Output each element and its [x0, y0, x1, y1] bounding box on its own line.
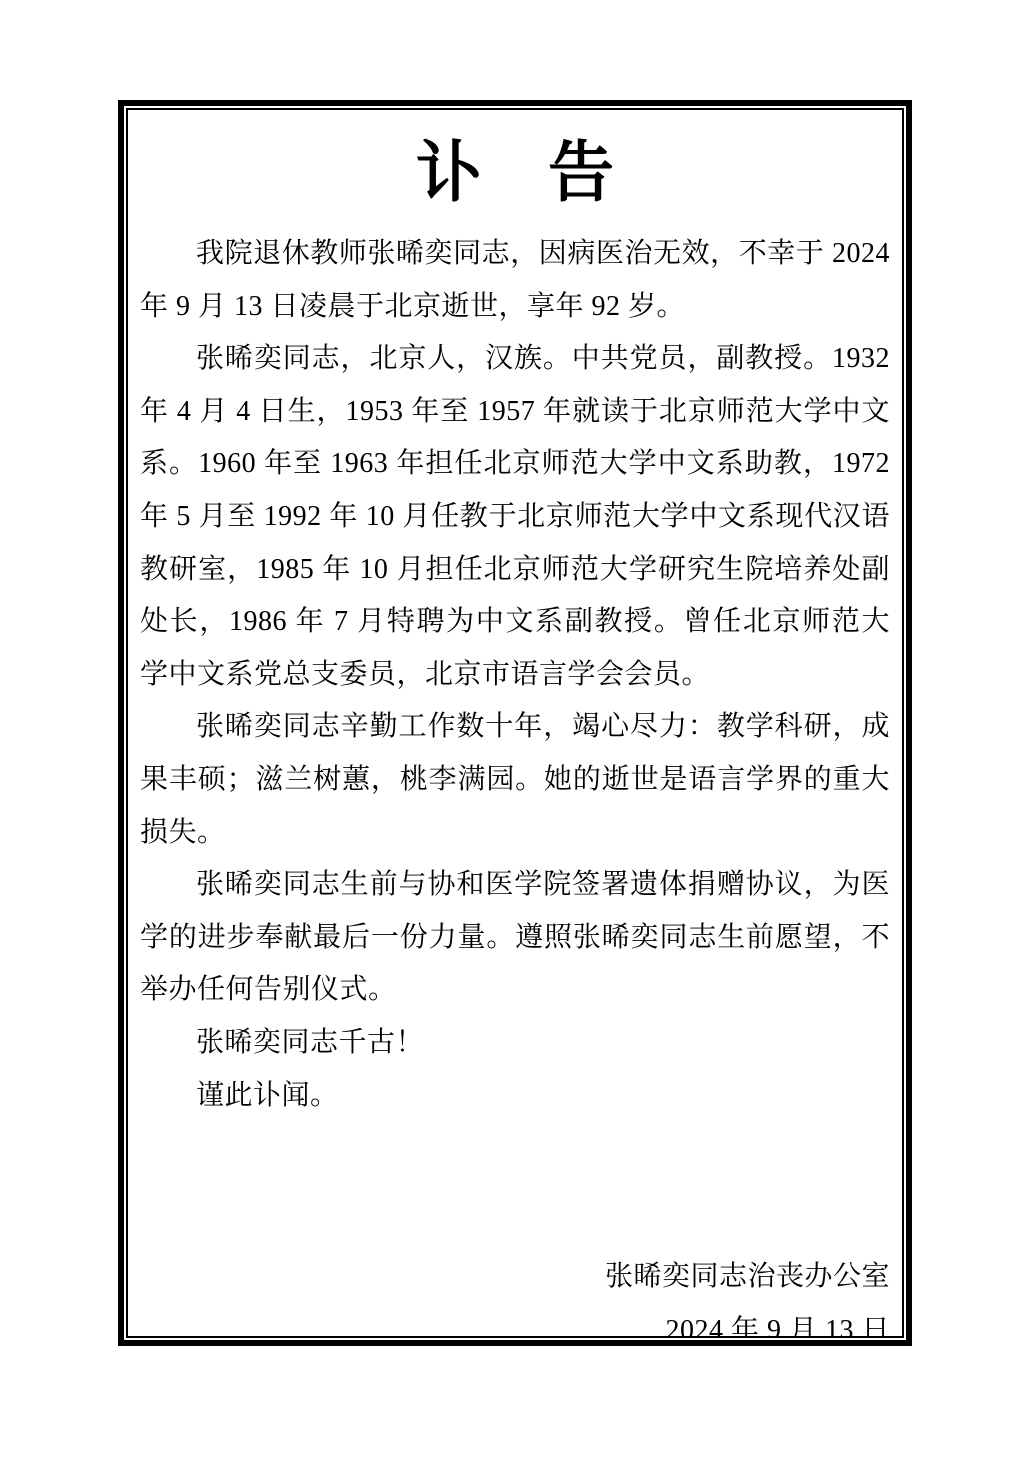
signature-date: 2024 年 9 月 13 日	[140, 1304, 890, 1338]
signature-block: 张晞奕同志治丧办公室 2024 年 9 月 13 日	[140, 1250, 890, 1338]
paragraph-body-donation: 张晞奕同志生前与协和医学院签署遗体捐赠协议，为医学的进步奉献最后一份力量。遵照张…	[140, 859, 890, 1017]
document-body: 我院退休教师张晞奕同志，因病医治无效，不幸于 2024 年 9 月 13 日凌晨…	[140, 228, 890, 1122]
paragraph-death-notice: 我院退休教师张晞奕同志，因病医治无效，不幸于 2024 年 9 月 13 日凌晨…	[140, 228, 890, 333]
page-border-inner: 讣 告 我院退休教师张晞奕同志，因病医治无效，不幸于 2024 年 9 月 13…	[126, 108, 904, 1338]
document-title: 讣 告	[140, 134, 890, 214]
paragraph-closing: 谨此讣闻。	[140, 1070, 890, 1123]
signature-office: 张晞奕同志治丧办公室	[140, 1250, 890, 1304]
paragraph-tribute: 张晞奕同志辛勤工作数十年，竭心尽力：教学科研，成果丰硕；滋兰树蕙，桃李满园。她的…	[140, 701, 890, 859]
page-border-outer: 讣 告 我院退休教师张晞奕同志，因病医治无效，不幸于 2024 年 9 月 13…	[118, 100, 912, 1346]
paragraph-farewell: 张晞奕同志千古！	[140, 1017, 890, 1070]
obituary-page: 讣 告 我院退休教师张晞奕同志，因病医治无效，不幸于 2024 年 9 月 13…	[0, 0, 1024, 1464]
document-content: 讣 告 我院退休教师张晞奕同志，因病医治无效，不幸于 2024 年 9 月 13…	[128, 110, 902, 1336]
paragraph-biography: 张晞奕同志，北京人，汉族。中共党员，副教授。1932 年 4 月 4 日生，19…	[140, 333, 890, 701]
